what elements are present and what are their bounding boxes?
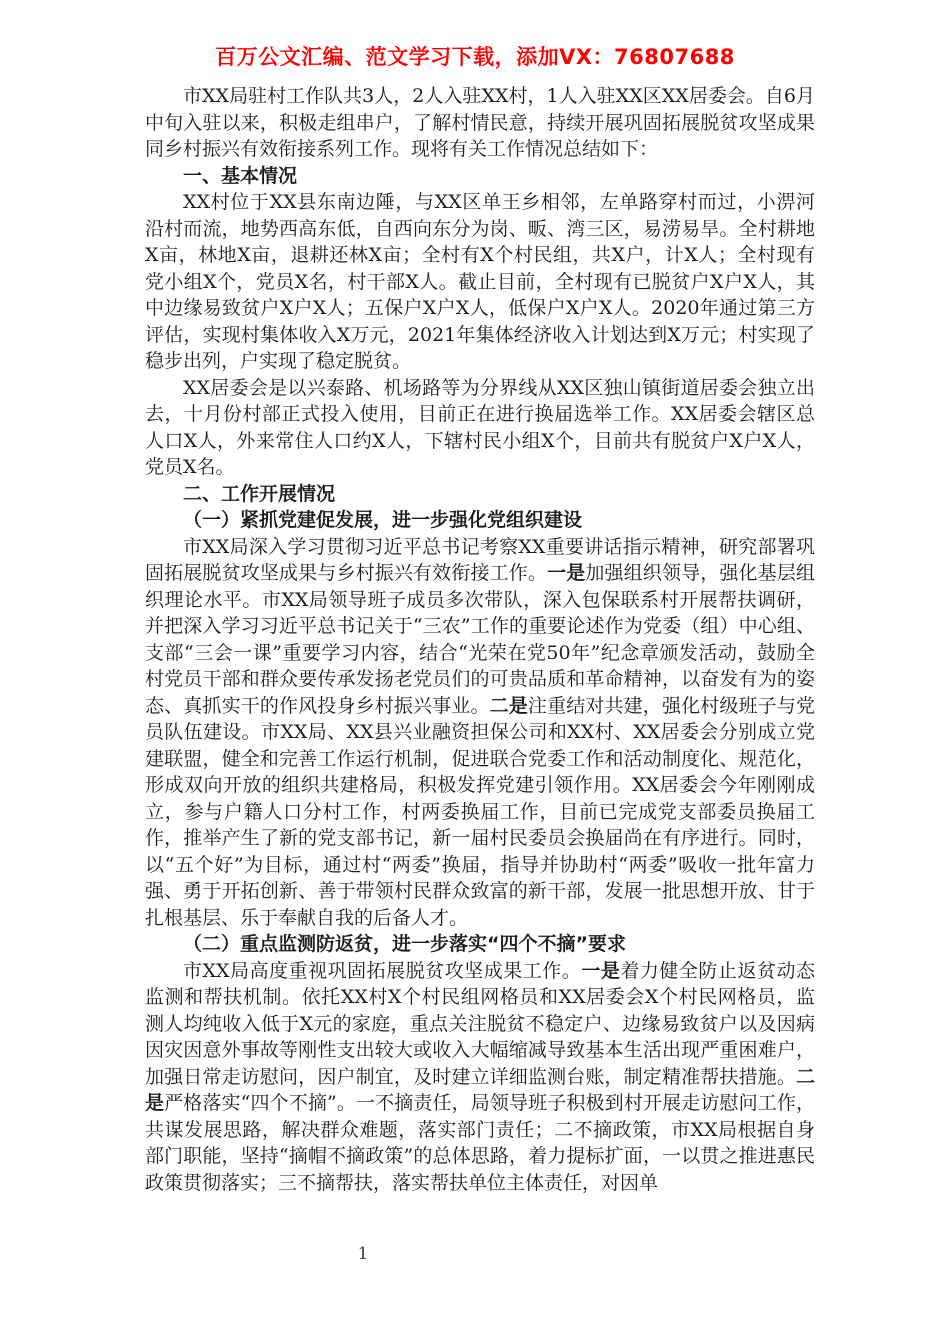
bold-text-run: （二）重点监测防返贫，进一步落实“四个不摘”要求 <box>183 933 626 955</box>
section-heading: （一）紧抓党建促发展，进一步强化党组织建设 <box>145 507 815 534</box>
bold-text-run: 一是 <box>581 960 620 982</box>
paragraph: 市XX局驻村工作队共3人，2人入驻XX村，1人入驻XX区XX居委会。自6月中旬入… <box>145 83 815 163</box>
page-footer: 1 <box>0 1244 726 1264</box>
bold-text-run: 一、基本情况 <box>183 165 297 187</box>
text-run: XX居委会是以兴泰路、机场路等为分界线从XX区独山镇街道居委会独立出去，十月份村… <box>145 377 815 479</box>
text-run: 市XX局高度重视巩固拓展脱贫攻坚成果工作。 <box>183 960 581 982</box>
paragraph: 市XX局深入学习贯彻习近平总书记考察XX重要讲话指示精神，研究部署巩固拓展脱贫攻… <box>145 534 815 932</box>
section-heading: 一、基本情况 <box>145 163 815 190</box>
document-body: 市XX局驻村工作队共3人，2人入驻XX村，1人入驻XX区XX居委会。自6月中旬入… <box>145 83 815 1196</box>
page-number: 1 <box>358 1244 369 1264</box>
bold-text-run: 二是 <box>490 695 528 717</box>
paragraph: XX村位于XX县东南边陲，与XX区单王乡相邻，左单路穿村而过，小淠河沿村而流，地… <box>145 189 815 375</box>
paragraph: 市XX局高度重视巩固拓展脱贫攻坚成果工作。一是着力健全防止返贫动态监测和帮扶机制… <box>145 958 815 1197</box>
section-heading: 二、工作开展情况 <box>145 481 815 508</box>
bold-text-run: 二、工作开展情况 <box>183 483 335 505</box>
text-run: 严格落实“四个不摘”。一不摘责任，局领导班子积极到村开展走访慰问工作，共谋发展思… <box>145 1092 815 1194</box>
document-page: 百万公文汇编、范文学习下载，添加VX：76807688 市XX局驻村工作队共3人… <box>0 0 950 1344</box>
bold-text-run: （一）紧抓党建促发展，进一步强化党组织建设 <box>183 509 582 531</box>
section-heading: （二）重点监测防返贫，进一步落实“四个不摘”要求 <box>145 931 815 958</box>
bold-text-run: 一是 <box>547 562 585 584</box>
text-run: 加强组织领导，强化基层组织理论水平。市XX局领导班子成员多次带队，深入包保联系村… <box>145 562 815 717</box>
text-run: 市XX局驻村工作队共3人，2人入驻XX村，1人入驻XX区XX居委会。自6月中旬入… <box>145 85 815 160</box>
text-run: 注重结对共建，强化村级班子与党员队伍建设。市XX局、XX县兴业融资担保公司和XX… <box>145 695 815 929</box>
text-run: XX村位于XX县东南边陲，与XX区单王乡相邻，左单路穿村而过，小淠河沿村而流，地… <box>145 191 815 372</box>
paragraph: XX居委会是以兴泰路、机场路等为分界线从XX区独山镇街道居委会独立出去，十月份村… <box>145 375 815 481</box>
promo-banner: 百万公文汇编、范文学习下载，添加VX：76807688 <box>0 41 950 71</box>
